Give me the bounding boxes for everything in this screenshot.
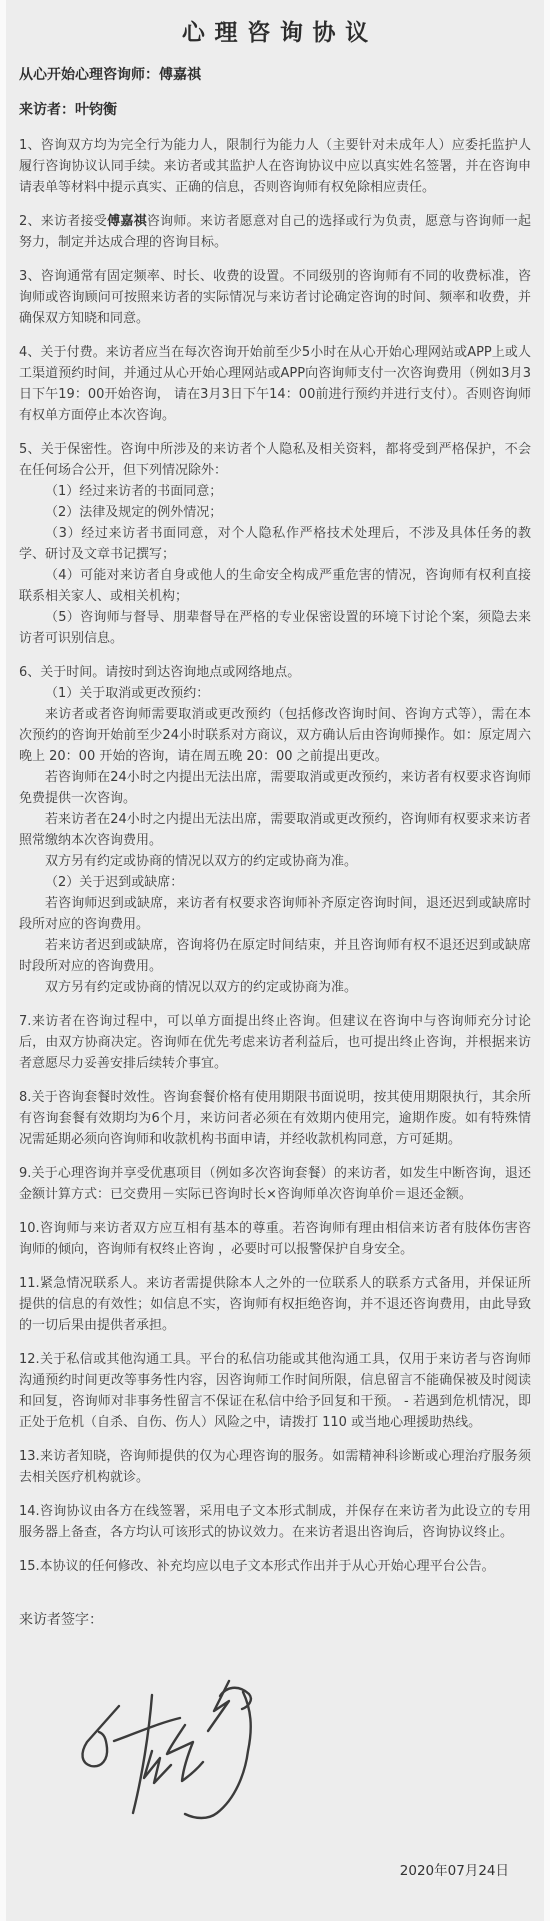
clause-8: 8.关于咨询套餐时效性。咨询套餐价格有使用期限书面说明，按其使用期限执行，其余所… (19, 1087, 531, 1150)
clause-4: 4、关于付费。来访者应当在每次咨询开始前至少5小时在从心开始心理网站或APP上或… (19, 342, 531, 426)
agreement-page: 心理咨询协议 从心开始心理咨询师：傅嘉祺 来访者：叶钧衡 1、咨询双方均为完全行… (0, 0, 550, 1921)
clause-5-item-4: （4）可能对来访者自身或他人的生命安全构成严重危害的情况，咨询师有权利直接联系相… (19, 565, 531, 607)
clause-5-item-3: （3）经过来访者书面同意，对个人隐私作严格技术处理后，不涉及具体任务的教学、研讨… (19, 523, 531, 565)
clause-5: 5、关于保密性。咨询中所涉及的来访者个人隐私及相关资料，都将受到严格保护，不会在… (19, 439, 531, 649)
clause-3-text: 3、咨询通常有固定频率、时长、收费的设置。不同级别的咨询师有不同的收费标准，咨询… (19, 266, 531, 329)
counselor-line: 从心开始心理咨询师：傅嘉祺 (19, 65, 531, 85)
clause-6-item-1-para-3: 若来访者在24小时之内提出无法出席，需要取消或更改预约，咨询师有权要求来访者照常… (19, 809, 531, 851)
counselor-name: 傅嘉祺 (159, 67, 201, 83)
visitor-signature (57, 1675, 277, 1833)
clause-6-item-1-para-2: 若咨询师在24小时之内提出无法出席，需要取消或更改预约，来访者有权要求咨询师免费… (19, 767, 531, 809)
visitor-signature-label: 来访者签字： (19, 1609, 531, 1631)
clause-6-item-2-para-1: 若咨询师迟到或缺席，来访者有权要求咨询师补齐原定咨询时间，退还迟到或缺席时段所对… (19, 893, 531, 935)
clause-7: 7.来访者在咨询过程中，可以单方面提出终止咨询。但建议在咨询中与咨询师充分讨论后… (19, 1011, 531, 1074)
clause-4-text: 4、关于付费。来访者应当在每次咨询开始前至少5小时在从心开始心理网站或APP上或… (19, 342, 531, 426)
clause-10-text: 10.咨询师与来访者双方应互相有基本的尊重。若咨询师有理由相信来访者有肢体伤害咨… (19, 1218, 531, 1260)
clause-6-item-1-para-4: 双方另有约定或协商的情况以双方的约定或协商为准。 (19, 851, 531, 872)
clause-6: 6、关于时间。请按时到达咨询地点或网络地点。 （1）关于取消或更改预约： 来访者… (19, 662, 531, 998)
visitor-signature-drawing (57, 1675, 277, 1833)
clause-6-text: 6、关于时间。请按时到达咨询地点或网络地点。 (19, 662, 531, 683)
clause-5-text: 5、关于保密性。咨询中所涉及的来访者个人隐私及相关资料，都将受到严格保护，不会在… (19, 439, 531, 481)
clause-9: 9.关于心理咨询并享受优惠项目（例如多次咨询套餐）的来访者，如发生中断咨询，退还… (19, 1163, 531, 1205)
clause-12-text: 12.关于私信或其他沟通工具。平台的私信功能或其他沟通工具，仅用于来访者与咨询师… (19, 1349, 531, 1433)
signature-date: 2020年07月24日 (19, 1861, 531, 1881)
clause-14-text: 14.咨询协议由各方在线签署，采用电子文本形式制成，并保存在来访者为此设立的专用… (19, 1501, 531, 1543)
clause-12: 12.关于私信或其他沟通工具。平台的私信功能或其他沟通工具，仅用于来访者与咨询师… (19, 1349, 531, 1433)
clause-2: 2、来访者接受傅嘉祺咨询师。来访者愿意对自己的选择或行为负责，愿意与咨询师一起努… (19, 211, 531, 253)
page-title: 心理咨询协议 (19, 14, 531, 47)
clause-5-item-5: （5）咨询师与督导、朋辈督导在严格的专业保密设置的环境下讨论个案，须隐去来访者可… (19, 607, 531, 649)
clause-10: 10.咨询师与来访者双方应互相有基本的尊重。若咨询师有理由相信来访者有肢体伤害咨… (19, 1218, 531, 1260)
clause-13: 13.来访者知晓，咨询师提供的仅为心理咨询的服务。如需精神科诊断或心理治疗服务须… (19, 1446, 531, 1488)
clause-6-item-1: （1）关于取消或更改预约： (19, 683, 531, 704)
clause-6-item-2-para-3: 双方另有约定或协商的情况以双方的约定或协商为准。 (19, 977, 531, 998)
visitor-name: 叶钧衡 (75, 102, 117, 118)
clause-14: 14.咨询协议由各方在线签署，采用电子文本形式制成，并保存在来访者为此设立的专用… (19, 1501, 531, 1543)
clause-6-item-1-para-1: 来访者或者咨询师需要取消或更改预约（包括修改咨询时间、咨询方式等），需在本次预约… (19, 704, 531, 767)
clause-8-text: 8.关于咨询套餐时效性。咨询套餐价格有使用期限书面说明，按其使用期限执行，其余所… (19, 1087, 531, 1150)
clause-11-text: 11.紧急情况联系人。来访者需提供除本人之外的一位联系人的联系方式备用，并保证所… (19, 1273, 531, 1336)
counselor-label: 从心开始心理咨询师： (19, 67, 159, 83)
clause-6-item-2: （2）关于迟到或缺席： (19, 872, 531, 893)
clause-5-item-2: （2）法律及规定的例外情况； (19, 502, 531, 523)
clause-15: 15.本协议的任何修改、补充均应以电子文本形式作出并于从心开始心理平台公告。 (19, 1556, 531, 1577)
agreement-document: 心理咨询协议 从心开始心理咨询师：傅嘉祺 来访者：叶钧衡 1、咨询双方均为完全行… (6, 0, 544, 1921)
clause-15-text: 15.本协议的任何修改、补充均应以电子文本形式作出并于从心开始心理平台公告。 (19, 1556, 531, 1577)
clause-6-item-2-para-2: 若来访者迟到或缺席，咨询将仍在原定时间结束，并且咨询师有权不退还迟到或缺席时段所… (19, 935, 531, 977)
counselor-name-inline: 傅嘉祺 (107, 214, 147, 229)
clause-1-text: 1、咨询双方均为完全行为能力人，限制行为能力人（主要针对未成年人）应委托监护人履… (19, 135, 531, 198)
clause-3: 3、咨询通常有固定频率、时长、收费的设置。不同级别的咨询师有不同的收费标准，咨询… (19, 266, 531, 329)
clause-13-text: 13.来访者知晓，咨询师提供的仅为心理咨询的服务。如需精神科诊断或心理治疗服务须… (19, 1446, 531, 1488)
clause-1: 1、咨询双方均为完全行为能力人，限制行为能力人（主要针对未成年人）应委托监护人履… (19, 135, 531, 198)
clause-11: 11.紧急情况联系人。来访者需提供除本人之外的一位联系人的联系方式备用，并保证所… (19, 1273, 531, 1336)
clause-2-text: 2、来访者接受傅嘉祺咨询师。来访者愿意对自己的选择或行为负责，愿意与咨询师一起努… (19, 211, 531, 253)
clause-2-pre: 2、来访者接受 (19, 214, 107, 229)
clause-5-item-1: （1）经过来访者的书面同意； (19, 481, 531, 502)
visitor-line: 来访者：叶钧衡 (19, 100, 531, 120)
clause-9-text: 9.关于心理咨询并享受优惠项目（例如多次咨询套餐）的来访者，如发生中断咨询，退还… (19, 1163, 531, 1205)
visitor-label: 来访者： (19, 102, 75, 118)
clause-7-text: 7.来访者在咨询过程中，可以单方面提出终止咨询。但建议在咨询中与咨询师充分讨论后… (19, 1011, 531, 1074)
